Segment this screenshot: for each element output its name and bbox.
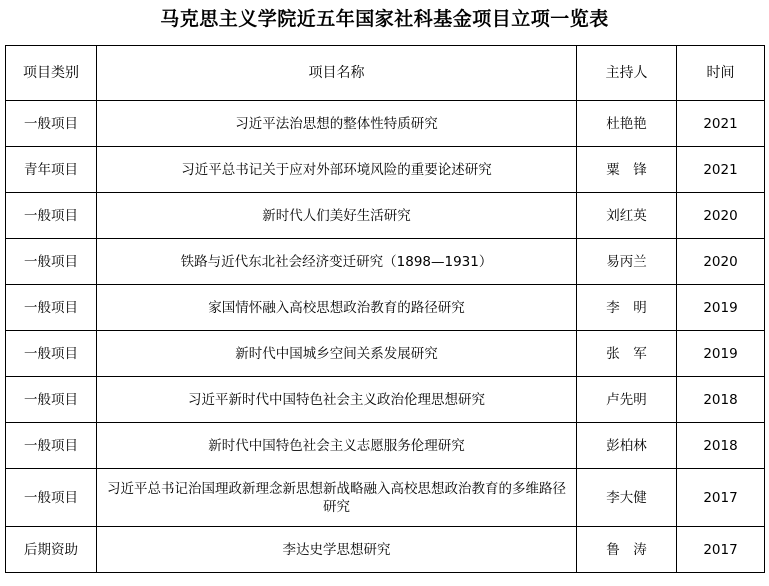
table-row: 一般项目 习近平新时代中国特色社会主义政治伦理思想研究 卢先明 2018 xyxy=(6,377,765,423)
table-header-row: 项目类别 项目名称 主持人 时间 xyxy=(6,46,765,101)
header-project-name: 项目名称 xyxy=(97,46,577,101)
cell-host: 彭柏林 xyxy=(577,423,677,469)
cell-year: 2021 xyxy=(677,147,765,193)
header-year: 时间 xyxy=(677,46,765,101)
table-row: 一般项目 新时代中国特色社会主义志愿服务伦理研究 彭柏林 2018 xyxy=(6,423,765,469)
cell-host: 张 军 xyxy=(577,331,677,377)
cell-project-name: 习近平新时代中国特色社会主义政治伦理思想研究 xyxy=(97,377,577,423)
cell-host: 刘红英 xyxy=(577,193,677,239)
table-row: 一般项目 新时代中国城乡空间关系发展研究 张 军 2019 xyxy=(6,331,765,377)
cell-year: 2017 xyxy=(677,527,765,573)
cell-host: 李大健 xyxy=(577,469,677,527)
cell-year: 2019 xyxy=(677,285,765,331)
table-row: 青年项目 习近平总书记关于应对外部环境风险的重要论述研究 粟 锋 2021 xyxy=(6,147,765,193)
header-category: 项目类别 xyxy=(6,46,97,101)
cell-category: 一般项目 xyxy=(6,331,97,377)
cell-project-name: 习近平法治思想的整体性特质研究 xyxy=(97,101,577,147)
cell-host: 易丙兰 xyxy=(577,239,677,285)
cell-project-name: 习近平总书记关于应对外部环境风险的重要论述研究 xyxy=(97,147,577,193)
project-table: 项目类别 项目名称 主持人 时间 一般项目 习近平法治思想的整体性特质研究 杜艳… xyxy=(5,45,765,573)
cell-year: 2018 xyxy=(677,377,765,423)
cell-project-name: 李达史学思想研究 xyxy=(97,527,577,573)
page-title: 马克思主义学院近五年国家社科基金项目立项一览表 xyxy=(0,6,769,32)
cell-year: 2020 xyxy=(677,193,765,239)
table-row: 一般项目 新时代人们美好生活研究 刘红英 2020 xyxy=(6,193,765,239)
cell-category: 一般项目 xyxy=(6,377,97,423)
cell-year: 2020 xyxy=(677,239,765,285)
table-row: 后期资助 李达史学思想研究 鲁 涛 2017 xyxy=(6,527,765,573)
cell-project-name: 家国情怀融入高校思想政治教育的路径研究 xyxy=(97,285,577,331)
cell-project-name: 新时代中国城乡空间关系发展研究 xyxy=(97,331,577,377)
cell-category: 一般项目 xyxy=(6,239,97,285)
cell-category: 一般项目 xyxy=(6,101,97,147)
cell-category: 青年项目 xyxy=(6,147,97,193)
cell-host: 粟 锋 xyxy=(577,147,677,193)
cell-year: 2019 xyxy=(677,331,765,377)
cell-category: 一般项目 xyxy=(6,469,97,527)
cell-host: 卢先明 xyxy=(577,377,677,423)
cell-year: 2018 xyxy=(677,423,765,469)
cell-category: 后期资助 xyxy=(6,527,97,573)
cell-project-name: 新时代中国特色社会主义志愿服务伦理研究 xyxy=(97,423,577,469)
cell-category: 一般项目 xyxy=(6,193,97,239)
cell-host: 鲁 涛 xyxy=(577,527,677,573)
table-row: 一般项目 习近平法治思想的整体性特质研究 杜艳艳 2021 xyxy=(6,101,765,147)
cell-category: 一般项目 xyxy=(6,285,97,331)
cell-year: 2021 xyxy=(677,101,765,147)
cell-year: 2017 xyxy=(677,469,765,527)
cell-project-name: 铁路与近代东北社会经济变迁研究（1898—1931） xyxy=(97,239,577,285)
cell-category: 一般项目 xyxy=(6,423,97,469)
header-host: 主持人 xyxy=(577,46,677,101)
table-row: 一般项目 习近平总书记治国理政新理念新思想新战略融入高校思想政治教育的多维路径研… xyxy=(6,469,765,527)
cell-host: 杜艳艳 xyxy=(577,101,677,147)
table-row: 一般项目 铁路与近代东北社会经济变迁研究（1898—1931） 易丙兰 2020 xyxy=(6,239,765,285)
cell-host: 李 明 xyxy=(577,285,677,331)
table-row: 一般项目 家国情怀融入高校思想政治教育的路径研究 李 明 2019 xyxy=(6,285,765,331)
cell-project-name: 新时代人们美好生活研究 xyxy=(97,193,577,239)
cell-project-name: 习近平总书记治国理政新理念新思想新战略融入高校思想政治教育的多维路径研究 xyxy=(97,469,577,527)
